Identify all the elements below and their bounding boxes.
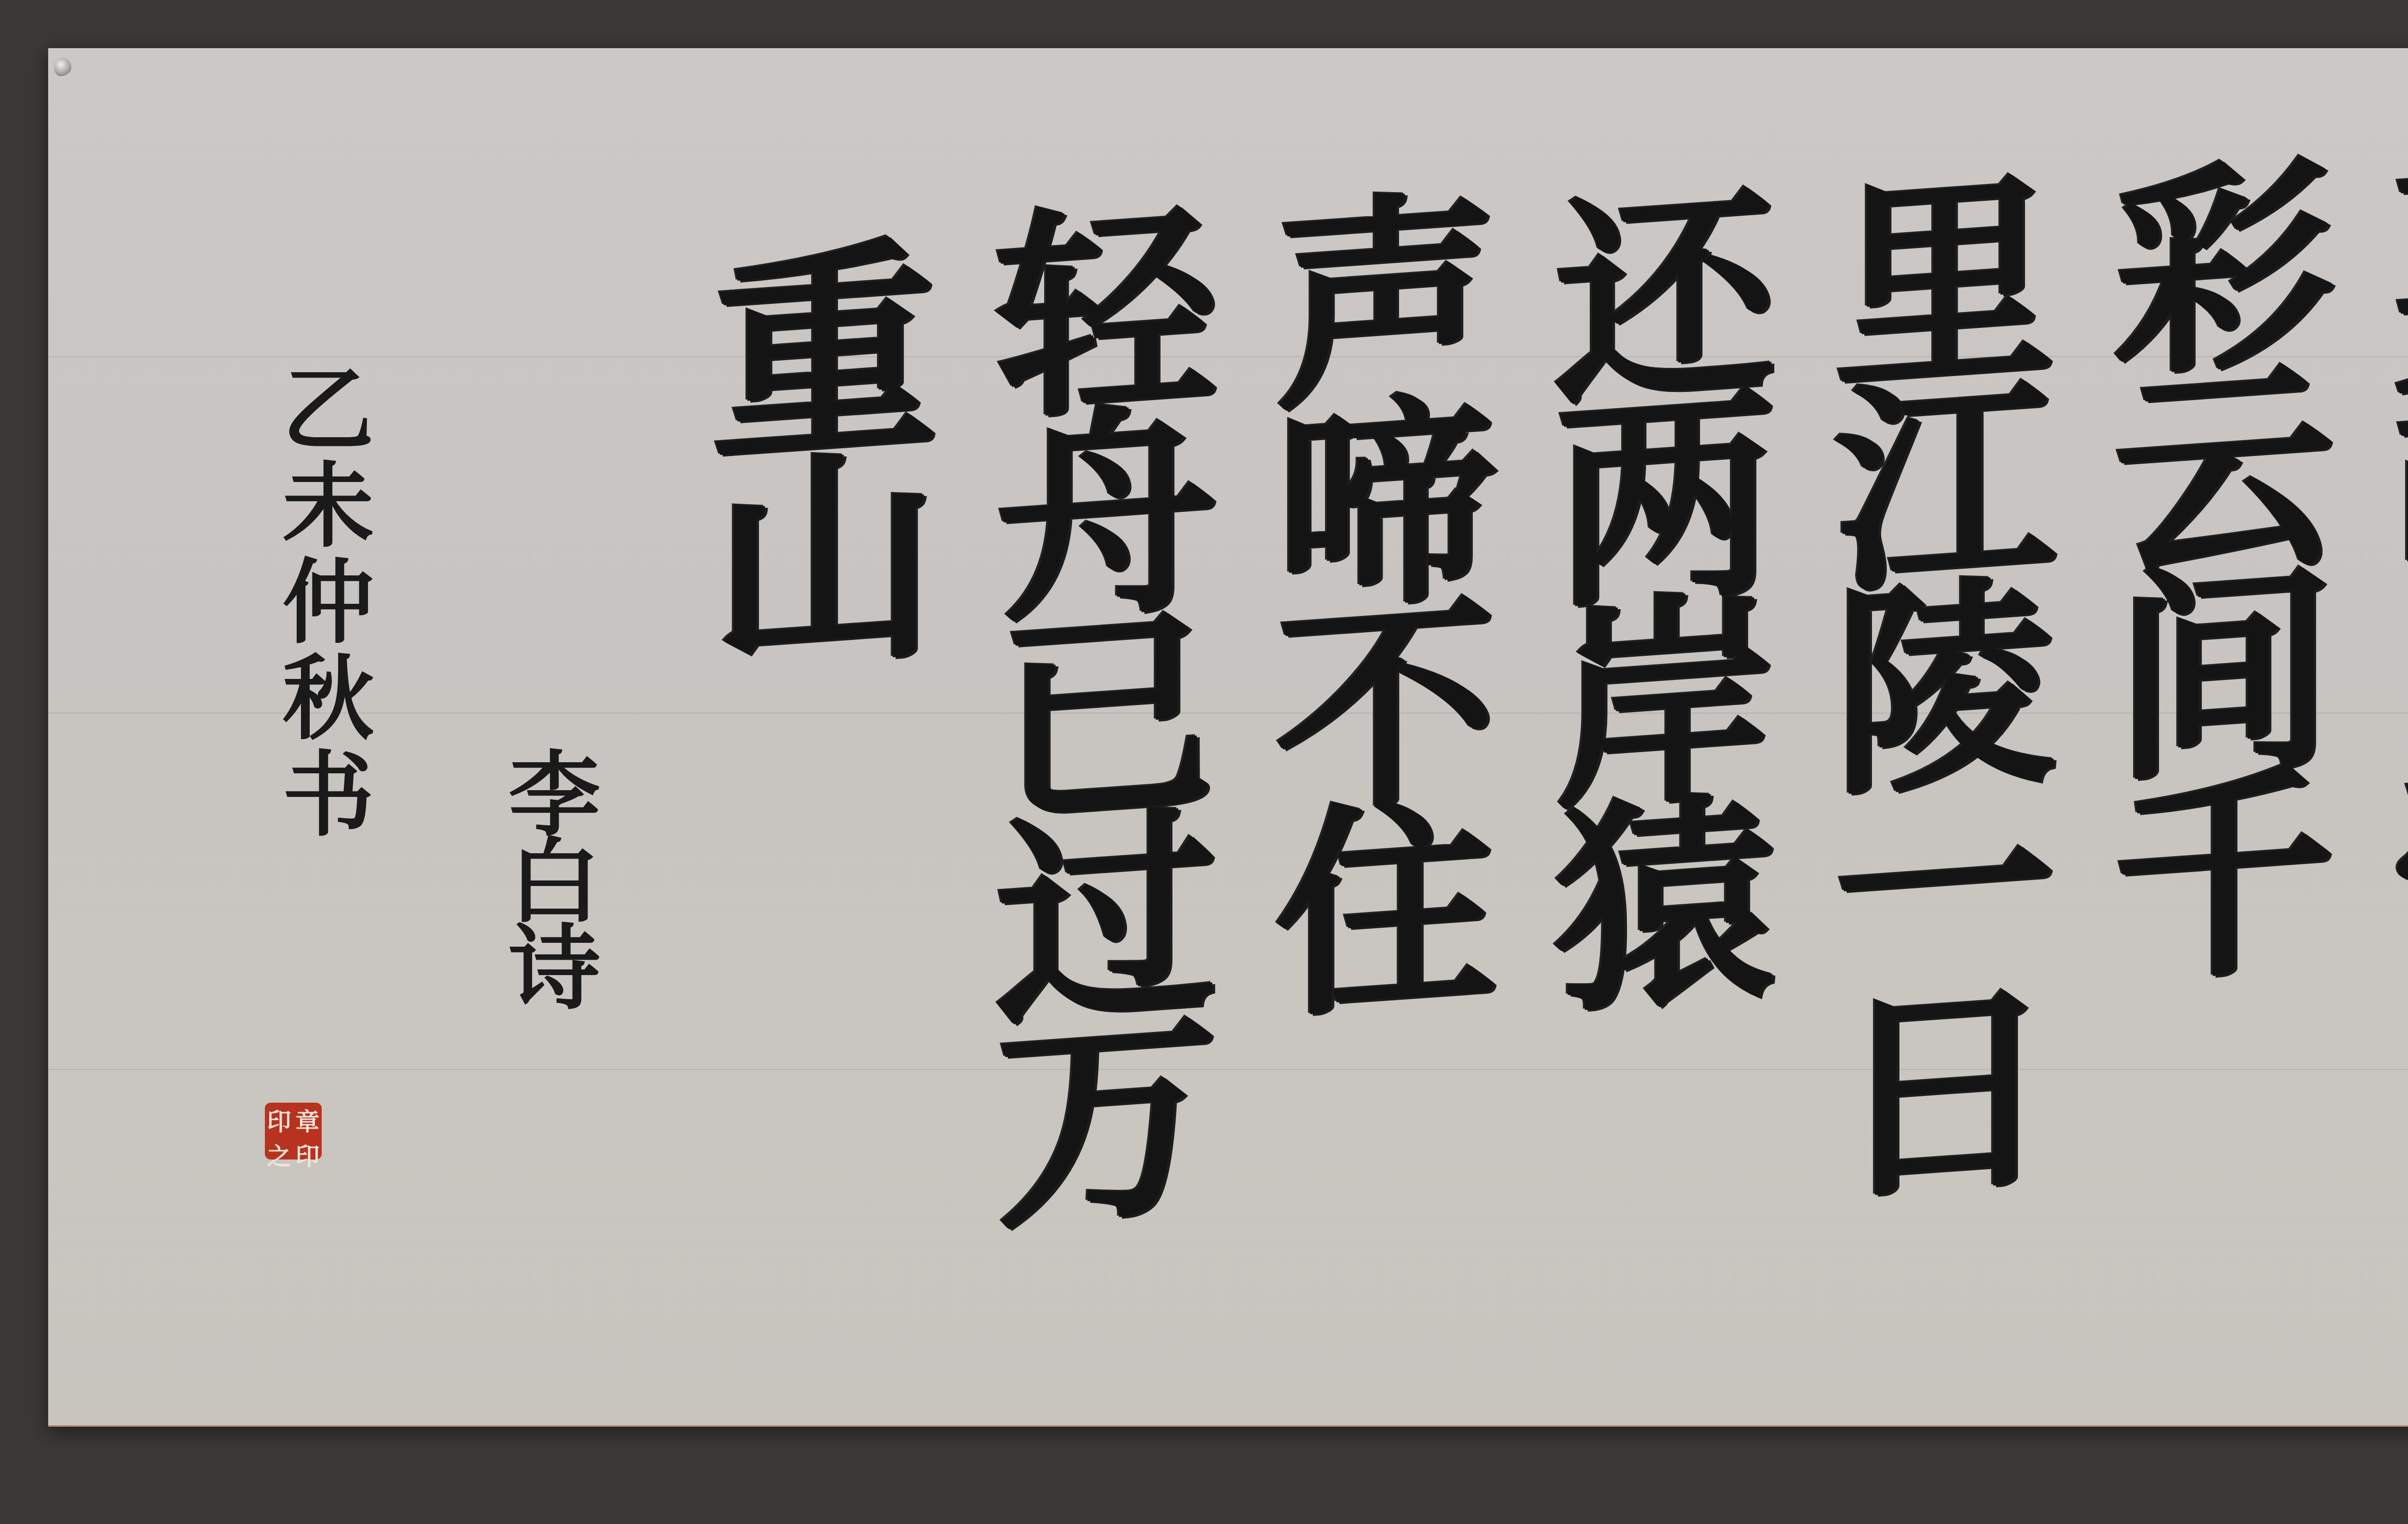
seal-char: 印: [267, 1103, 291, 1137]
pushpin-icon: [54, 58, 71, 77]
poem-column-2: 彩云间千: [2095, 146, 2316, 1399]
seal-char: 印: [296, 1137, 320, 1172]
date-inscription: 乙未仲秋书: [255, 361, 387, 843]
poem-column-6: 轻舟已过万: [978, 190, 1199, 1399]
calligraphy-paper: 吉 朝辞白帝 彩云间千 里江陵一日 还两岸猿 声啼不住 轻舟已过万 重山 李白诗…: [48, 48, 2408, 1427]
square-seal: 印 章 之 印: [265, 1103, 322, 1159]
author-attribution: 李白诗: [482, 746, 613, 1006]
poem-columns: 朝辞白帝 彩云间千 里江陵一日 还两岸猿 声啼不住 轻舟已过万 重山: [694, 140, 2408, 1392]
poem-column-7: 重山: [694, 228, 920, 1400]
seal-char: 之: [267, 1137, 291, 1172]
seal-char: 章: [296, 1103, 320, 1137]
poem-column-1: 朝辞白帝: [2374, 132, 2408, 1399]
poem-column-3: 里江陵一日: [1816, 161, 2037, 1399]
poem-column-4: 还两岸猿: [1536, 175, 1758, 1399]
poem-column-5: 声啼不住: [1257, 180, 1479, 1399]
